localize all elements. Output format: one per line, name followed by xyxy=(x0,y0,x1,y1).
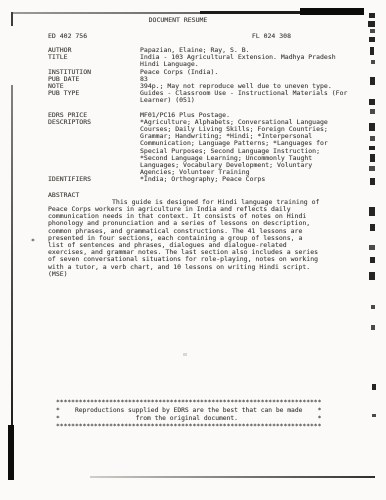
scan-artifact-left-line xyxy=(11,85,13,428)
scan-artifact-left-corner xyxy=(11,12,13,26)
field-label: PUB TYPE xyxy=(48,90,140,104)
field-label: DESCRIPTORS xyxy=(48,119,140,177)
scan-artifact-left-bottom-bar xyxy=(8,425,14,480)
field-value: Guides - Classroom Use - Instructional M… xyxy=(140,90,348,104)
fl-number: FL 024 308 xyxy=(252,33,291,40)
field-label: IDENTIFIERS xyxy=(48,176,140,183)
scanned-document-page: DOCUMENT RESUME ED 402 756 FL 024 308 AU… xyxy=(0,0,386,500)
field-row-identifiers: IDENTIFIERS *India; Orthography; Peace C… xyxy=(48,176,348,183)
scan-artifact-top-right-bar xyxy=(300,8,364,15)
field-row-institution: INSTITUTION Peace Corps (India). xyxy=(48,69,348,76)
field-value: India - 103 Agricultural Extension. Madh… xyxy=(140,54,348,68)
field-row-descriptors: DESCRIPTORS *Agriculture; Alphabets; Con… xyxy=(48,119,348,177)
scan-artifact-bottom-line xyxy=(90,476,375,478)
field-value: *India; Orthography; Peace Corps xyxy=(140,176,348,183)
field-row-pub-type: PUB TYPE Guides - Classroom Use - Instru… xyxy=(48,90,348,104)
ed-number: ED 402 756 xyxy=(48,33,87,40)
field-value: *Agriculture; Alphabets; Conversational … xyxy=(140,119,348,177)
margin-asterisk: * xyxy=(31,238,35,245)
accession-number-row: ED 402 756 FL 024 308 xyxy=(48,33,291,40)
document-resume-title: DOCUMENT RESUME xyxy=(48,17,308,24)
scan-artifact-smudge xyxy=(183,353,187,356)
field-value: Peace Corps (India). xyxy=(140,69,348,76)
field-table: AUTHOR Papazian, Elaine; Ray, S. B. TITL… xyxy=(48,47,348,184)
document-body: DOCUMENT RESUME ED 402 756 FL 024 308 AU… xyxy=(48,17,348,278)
edrs-reproduction-notice: ****************************************… xyxy=(56,399,321,431)
field-label: TITLE xyxy=(48,54,140,68)
field-row-title: TITLE India - 103 Agricultural Extension… xyxy=(48,54,348,68)
abstract-text: This guide is designed for Hindi languag… xyxy=(48,199,348,278)
